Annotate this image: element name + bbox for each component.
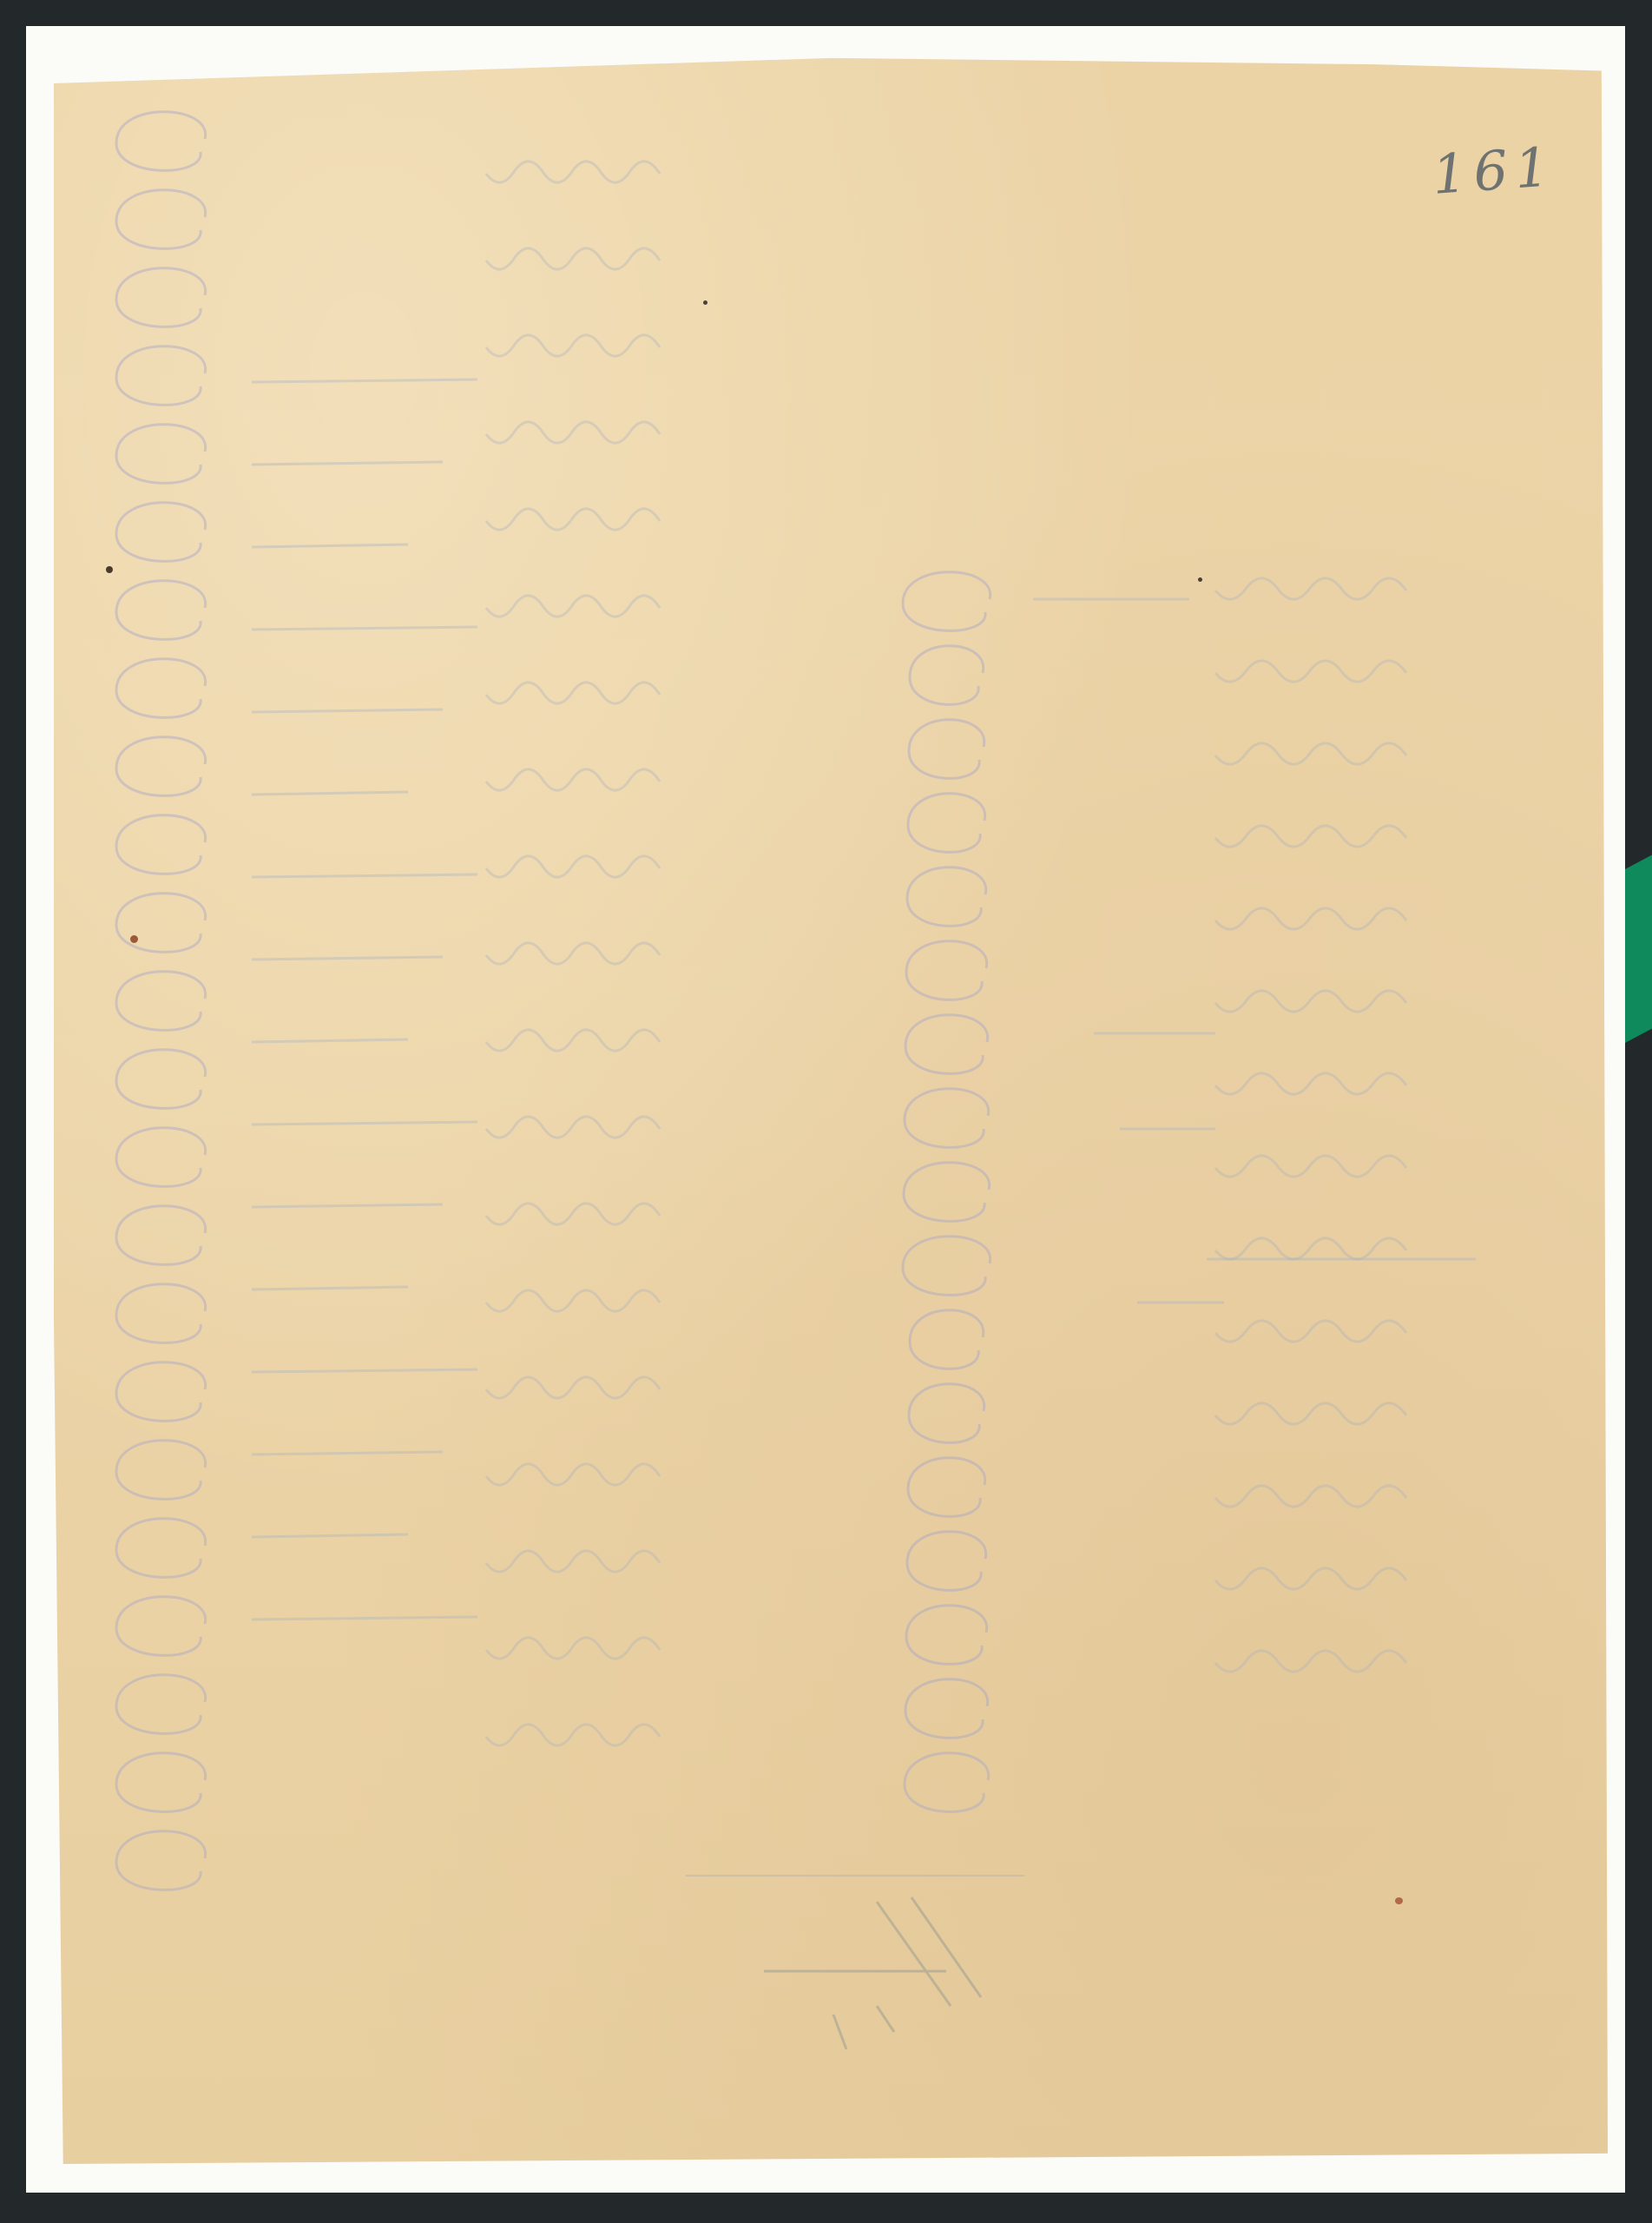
ink-spot [130, 935, 138, 943]
ink-spot [1198, 577, 1202, 582]
ink-spot [1395, 1897, 1403, 1904]
ink-spot [106, 566, 113, 573]
ink-spot [703, 300, 708, 305]
page-number: 161 [1431, 135, 1558, 207]
document-page [54, 54, 1608, 2164]
